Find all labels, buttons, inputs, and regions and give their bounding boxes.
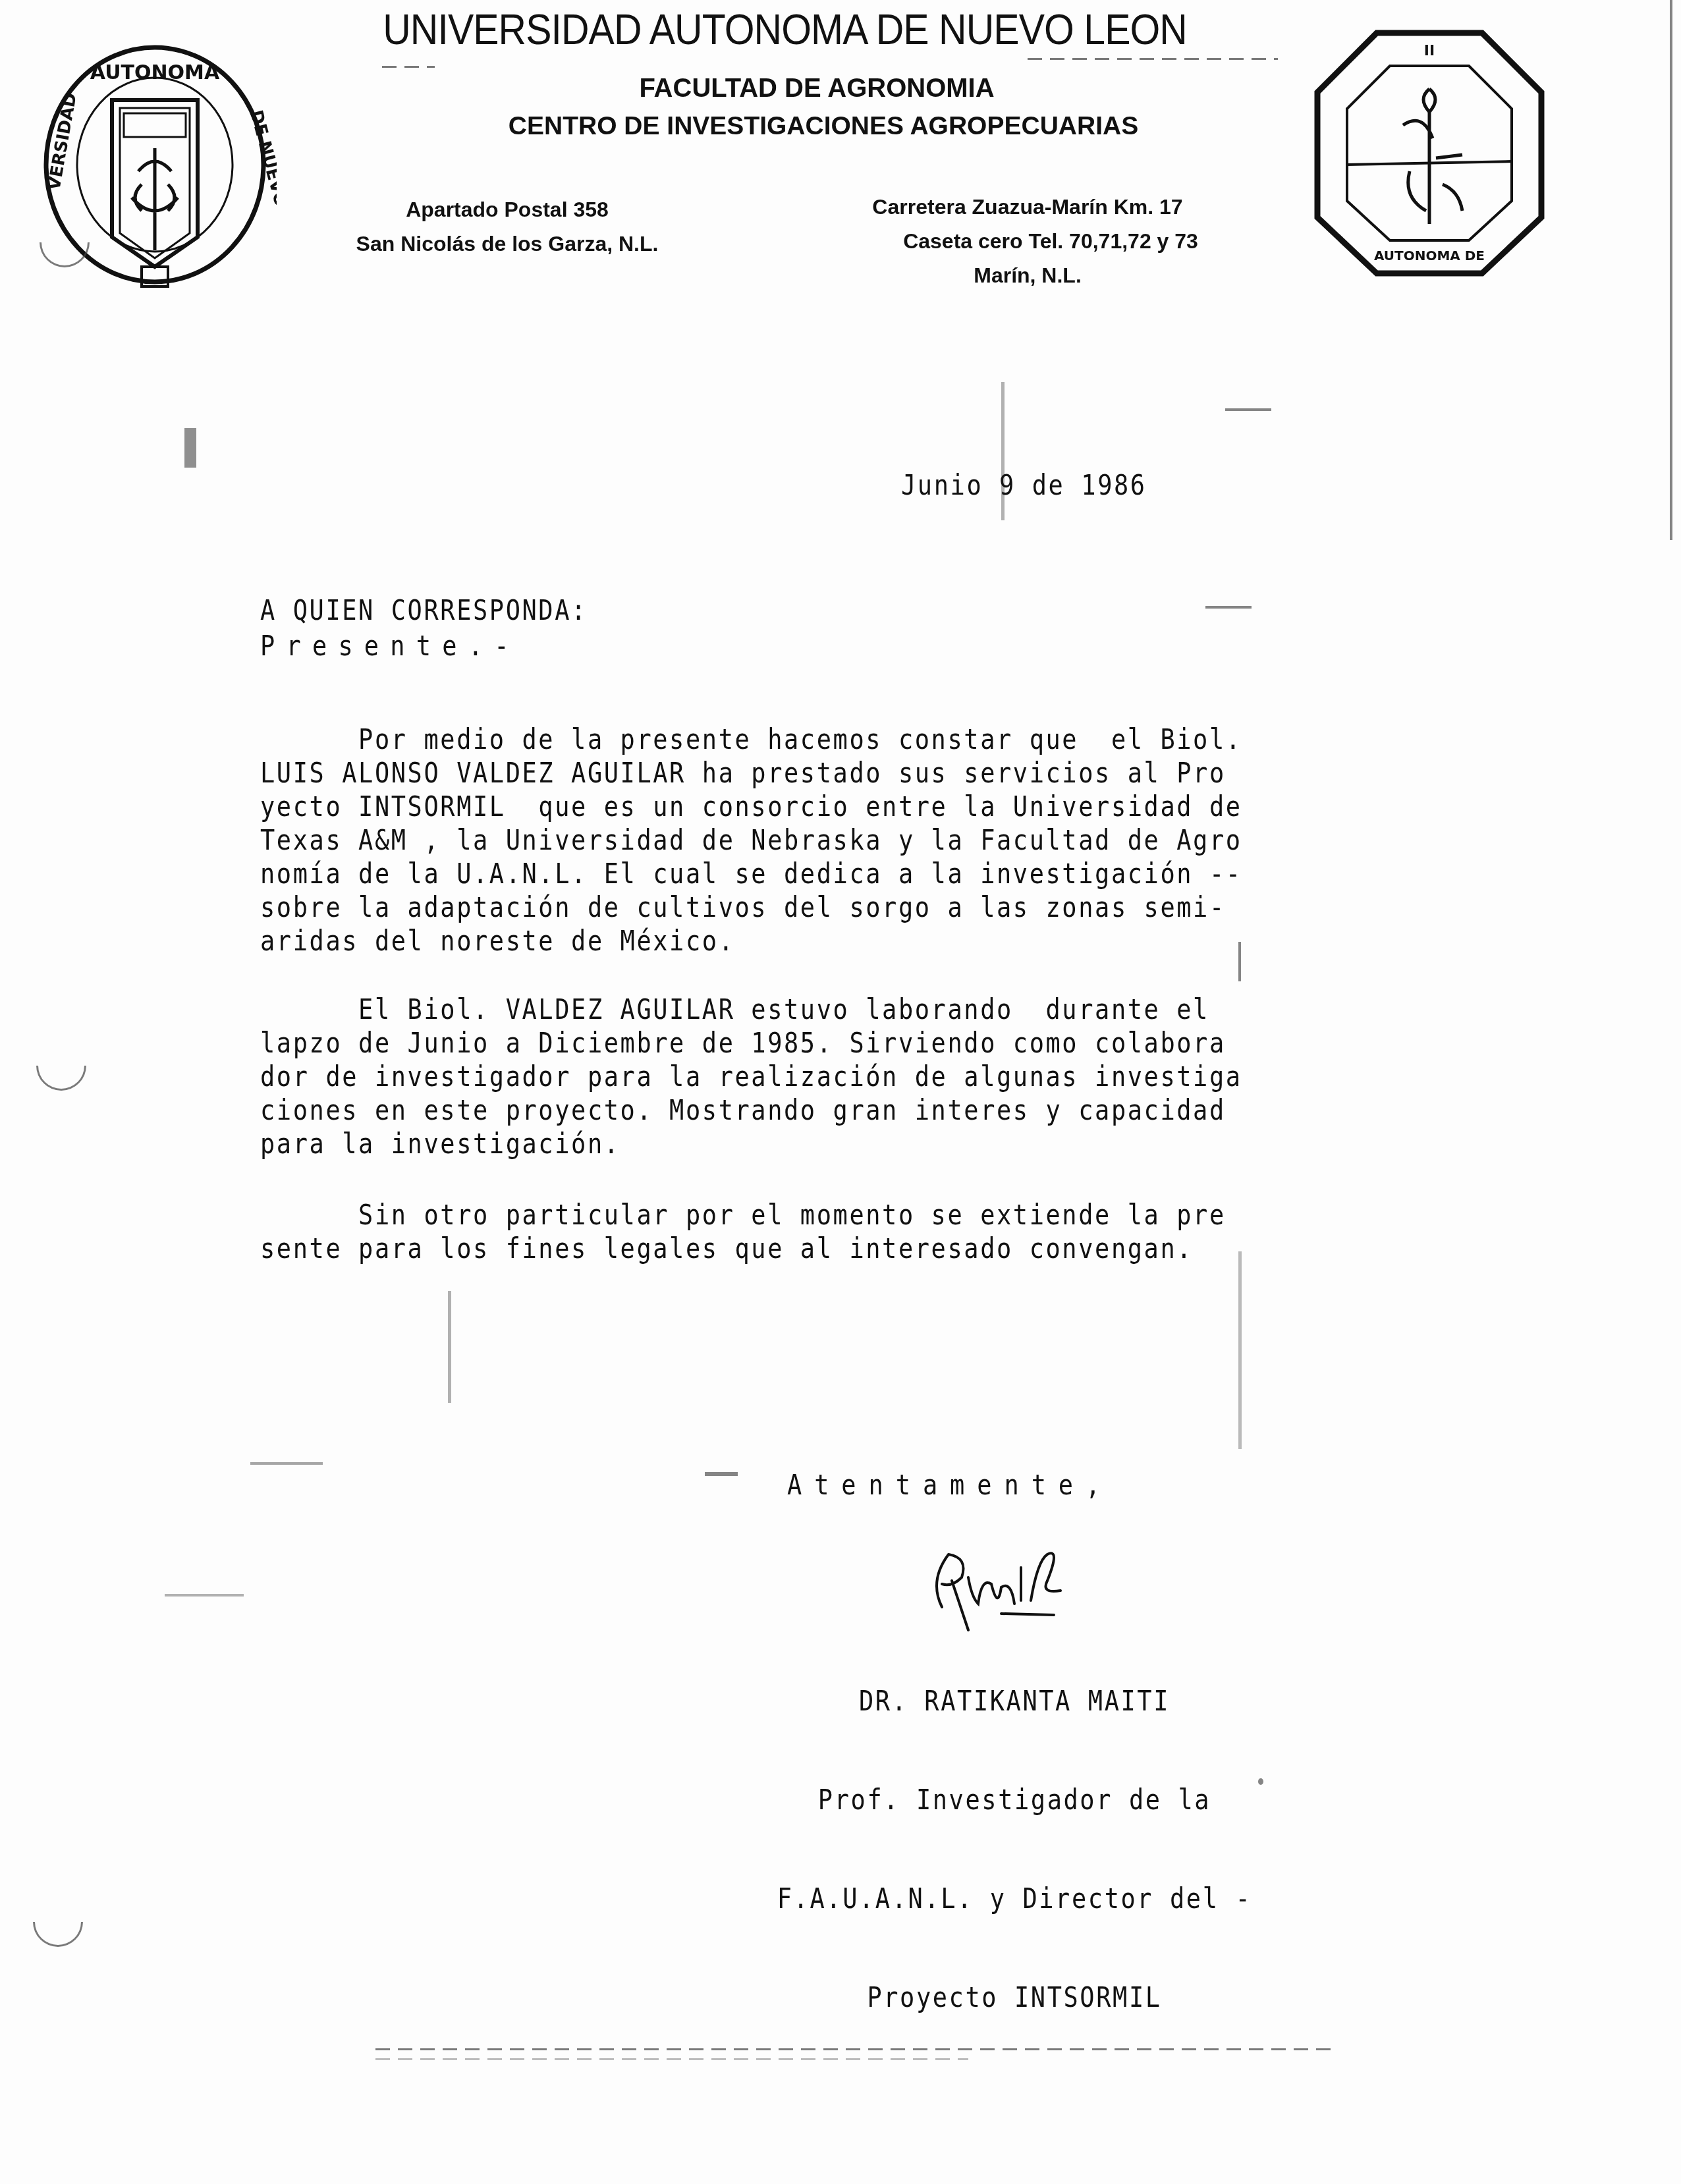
address-left: Apartado Postal 358 San Nicolás de los G…	[343, 192, 672, 261]
paragraph-line: dor de investigador para la realización …	[260, 1060, 1242, 1094]
paragraph-line: para la investigación.	[260, 1128, 1242, 1161]
university-name: UNIVERSIDAD AUTONOMA DE NUEVO LEON	[343, 5, 1227, 54]
paragraph-line: Por medio de la presente hacemos constar…	[260, 723, 1242, 757]
paragraph-line: Sin otro particular por el momento se ex…	[260, 1199, 1226, 1232]
punch-hole	[22, 1886, 93, 1957]
scan-artifact	[1238, 1251, 1242, 1449]
paragraph-line: LUIS ALONSO VALDEZ AGUILAR ha prestado s…	[260, 757, 1242, 790]
svg-text:AUTONOMA: AUTONOMA	[90, 61, 220, 84]
signer-title-line: F.A.U.A.N.L. y Director del -	[737, 1882, 1292, 1915]
closing: Atentamente,	[787, 1469, 1113, 1502]
phone-line: Caseta cero Tel. 70,71,72 y 73	[817, 224, 1238, 258]
page-edge	[1670, 0, 1672, 540]
address-right: Carretera Zuazua-Marín Km. 17 Caseta cer…	[817, 190, 1238, 292]
city-left: San Nicolás de los Garza, N.L.	[343, 227, 672, 261]
presente-line: Presente.-	[260, 628, 588, 664]
paragraph-line: Texas A&M , la Universidad de Nebraska y…	[260, 824, 1242, 858]
scan-artifact	[165, 1594, 244, 1597]
scan-artifact	[250, 1462, 323, 1465]
faculty-name: FACULTAD DE AGRONOMIA	[422, 74, 1212, 103]
scan-artifact	[1258, 1778, 1263, 1785]
paragraph-line: El Biol. VALDEZ AGUILAR estuvo laborando…	[260, 993, 1242, 1027]
paragraph-1: Por medio de la presente hacemos constar…	[260, 723, 1242, 958]
punch-hole	[26, 1030, 96, 1101]
divider	[1028, 58, 1278, 60]
road-address: Carretera Zuazua-Marín Km. 17	[817, 190, 1238, 224]
postal-box: Apartado Postal 358	[343, 192, 672, 227]
paragraph-line: sente para los fines legales que al inte…	[260, 1232, 1226, 1266]
scan-artifact	[1205, 606, 1252, 609]
signer-title-line: Proyecto INTSORMIL	[737, 1981, 1292, 2014]
scanned-letter-page: AUTONOMA VERSIDAD DE NUEVO LEON II AUTON…	[0, 0, 1681, 2184]
paragraph-line: lapzo de Junio a Diciembre de 1985. Sirv…	[260, 1027, 1242, 1060]
paragraph-3: Sin otro particular por el momento se ex…	[260, 1199, 1226, 1266]
scan-artifact-line	[375, 2058, 968, 2060]
signer-block: DR. RATIKANTA MAITI Prof. Investigador d…	[737, 1619, 1292, 2080]
scan-artifact	[184, 428, 196, 468]
paragraph-line: nomía de la U.A.N.L. El cual se dedica a…	[260, 858, 1242, 891]
divider	[382, 66, 435, 68]
svg-text:II: II	[1424, 43, 1435, 59]
scan-artifact	[1225, 408, 1271, 411]
paragraph-line: yecto INTSORMIL que es un consorcio entr…	[260, 790, 1242, 824]
paragraph-2: El Biol. VALDEZ AGUILAR estuvo laborando…	[260, 993, 1242, 1161]
signer-title-line: Prof. Investigador de la	[737, 1784, 1292, 1816]
faculty-agronomy-seal-icon: II AUTONOMA DE	[1311, 26, 1548, 277]
scan-artifact	[1001, 382, 1005, 520]
paragraph-line: ciones en este proyecto. Mostrando gran …	[260, 1094, 1242, 1128]
paragraph-line: aridas del noreste de México.	[260, 925, 1242, 958]
salutation-block: A QUIEN CORRESPONDA: Presente.-	[260, 593, 588, 664]
city-right: Marín, N.L.	[817, 258, 1238, 292]
salutation: A QUIEN CORRESPONDA:	[260, 593, 588, 628]
signer-name: DR. RATIKANTA MAITI	[737, 1685, 1292, 1718]
scan-artifact	[448, 1291, 451, 1403]
scan-artifact-line	[375, 2048, 1331, 2050]
scan-artifact	[1238, 942, 1241, 981]
paragraph-line: sobre la adaptación de cultivos del sorg…	[260, 891, 1242, 925]
svg-text:AUTONOMA DE: AUTONOMA DE	[1374, 248, 1485, 263]
research-center-name: CENTRO DE INVESTIGACIONES AGROPECUARIAS	[395, 112, 1252, 141]
scan-artifact	[705, 1472, 738, 1476]
letter-date: Junio 9 de 1986	[901, 469, 1147, 502]
